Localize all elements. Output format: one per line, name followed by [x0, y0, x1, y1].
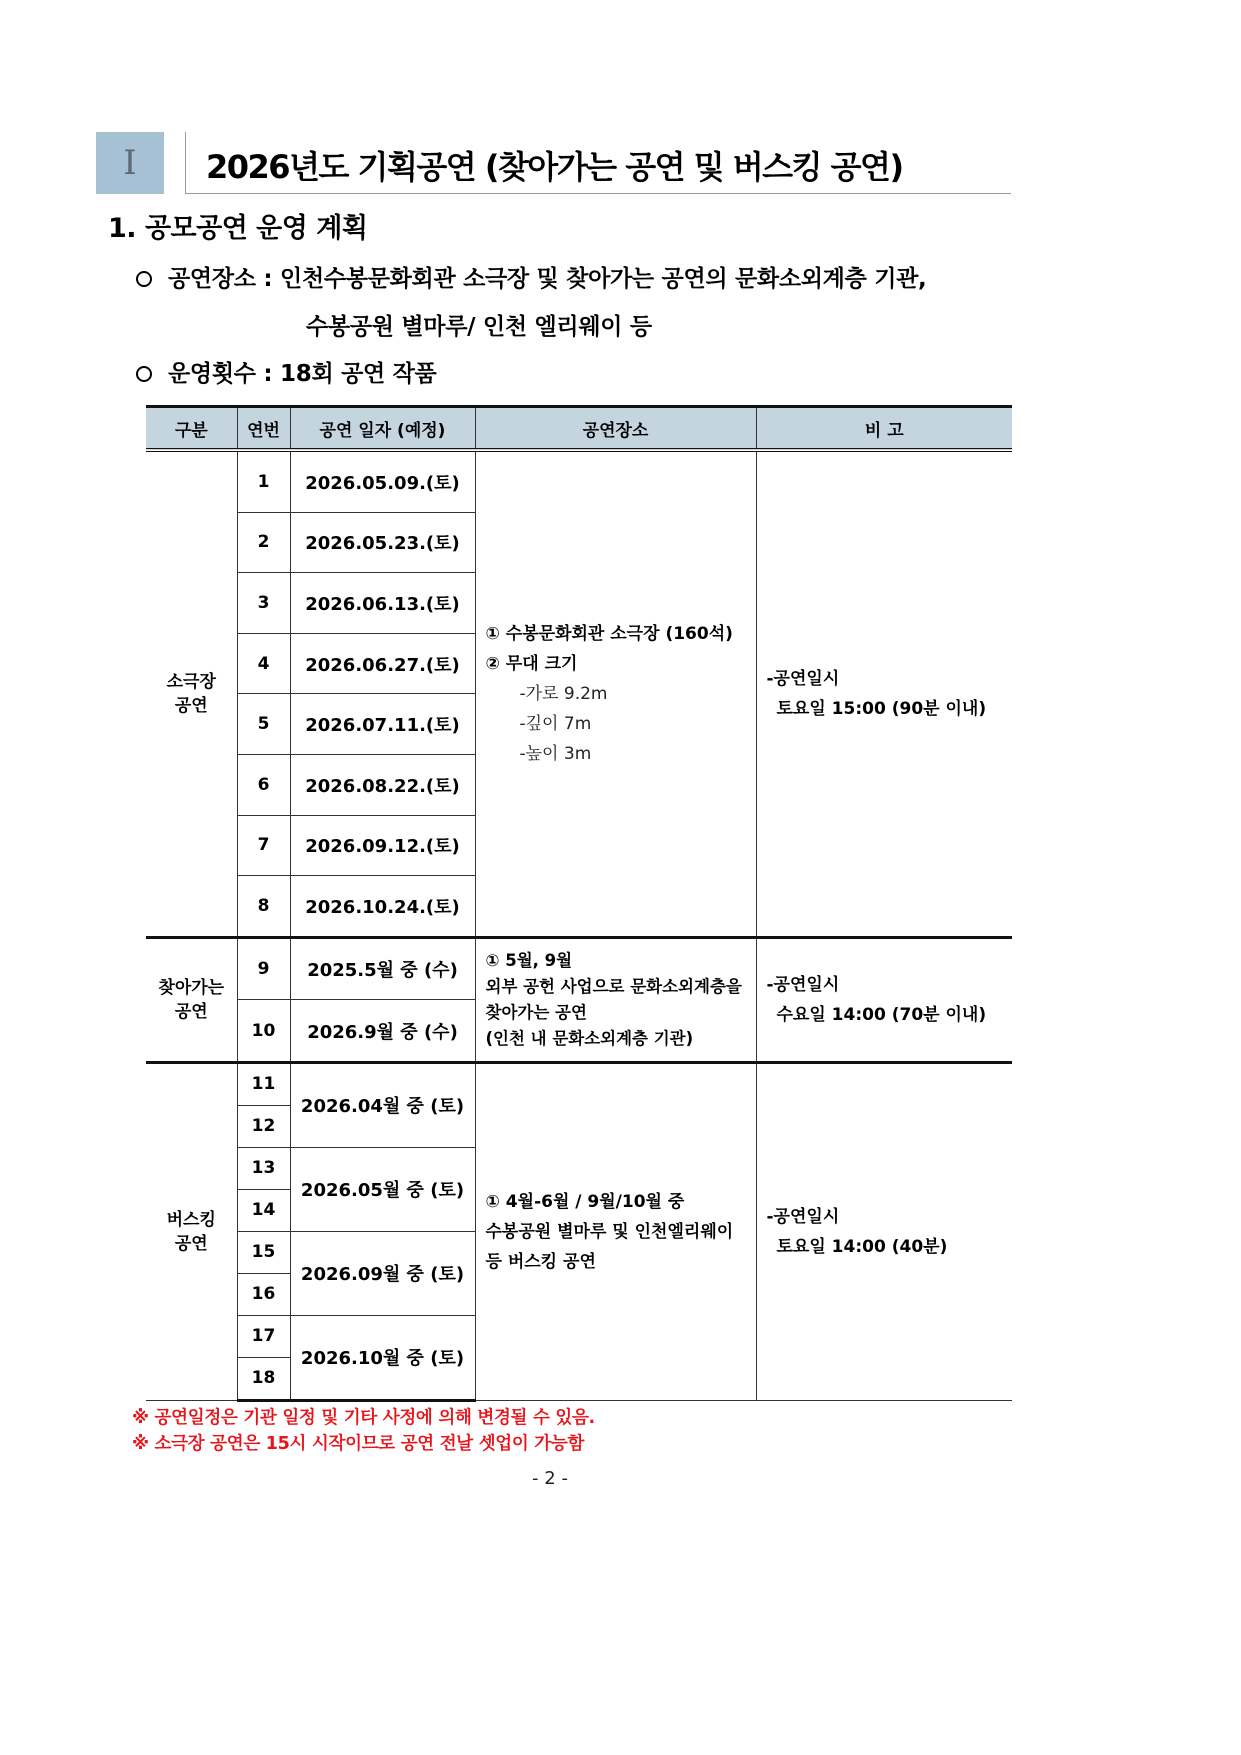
row-date: 2026.10월 중 (토) [290, 1315, 475, 1400]
venue-cell: ① 5월, 9월 외부 공헌 사업으로 문화소외계층을 찾아가는 공연 (인천 … [475, 937, 756, 1062]
row-number: 9 [237, 937, 290, 1000]
row-date: 2026.05.23.(토) [290, 512, 475, 573]
category-line: 공연 [146, 1232, 237, 1256]
row-number: 11 [237, 1062, 290, 1105]
row-number: 6 [237, 754, 290, 815]
table-row: 소극장 공연 1 2026.05.09.(토) ① 수봉문화회관 소극장 (16… [146, 450, 1012, 512]
schedule-table: 구분 연번 공연 일자 (예정) 공연장소 비 고 소극장 공연 1 2026.… [146, 405, 1012, 1402]
sub-heading: 1. 공모공연 운영 계획 [108, 206, 367, 245]
header-category: 구분 [146, 407, 237, 451]
venue-cell: ① 수봉문화회관 소극장 (160석) ② 무대 크기 -가로 9.2m -깊이… [475, 450, 756, 937]
circle-bullet-icon [136, 366, 152, 382]
row-date: 2026.05.09.(토) [290, 450, 475, 512]
bullet-venue-continuation: 수봉공원 별마루/ 인천 엘리웨이 등 [306, 308, 652, 341]
table-row: 찾아가는 공연 9 2025.5월 중 (수) ① 5월, 9월 외부 공헌 사… [146, 937, 1012, 1000]
note-line: 수요일 14:00 (70분 이내) [767, 1000, 1013, 1030]
venue-line: -높이 3m [486, 739, 756, 769]
bullet-label: 운영횟수 [168, 361, 256, 387]
bullet-separator: : [263, 361, 272, 387]
row-date: 2025.5월 중 (수) [290, 937, 475, 1000]
note-cell: -공연일시 토요일 15:00 (90분 이내) [756, 450, 1012, 937]
venue-line: ① 수봉문화회관 소극장 (160석) [486, 619, 756, 649]
header-no: 연번 [237, 407, 290, 451]
venue-line: 찾아가는 공연 [486, 1000, 756, 1026]
row-date: 2026.08.22.(토) [290, 754, 475, 815]
header-note: 비 고 [756, 407, 1012, 451]
circle-bullet-icon [136, 271, 152, 287]
category-line: 찾아가는 [146, 976, 237, 1000]
row-number: 4 [237, 633, 290, 694]
category-cell: 찾아가는 공연 [146, 937, 237, 1062]
venue-line: -가로 9.2m [486, 679, 756, 709]
section-numeral: Ⅰ [123, 143, 136, 183]
category-line: 공연 [146, 1000, 237, 1024]
row-date: 2026.09월 중 (토) [290, 1231, 475, 1315]
row-number: 10 [237, 1000, 290, 1063]
header-date: 공연 일자 (예정) [290, 407, 475, 451]
row-date: 2026.05월 중 (토) [290, 1147, 475, 1231]
footnote-setup: ※ 소극장 공연은 15시 시작이므로 공연 전날 셋업이 가능함 [132, 1431, 595, 1457]
bullet-text: 인천수봉문화회관 소극장 및 찾아가는 공연의 문화소외계층 기관, [280, 266, 926, 292]
note-line: 토요일 14:00 (40분) [767, 1232, 1013, 1262]
row-number: 16 [237, 1273, 290, 1315]
section-number-box: Ⅰ [96, 132, 164, 194]
category-line: 버스킹 [146, 1208, 237, 1232]
page-title: 2026년도 기획공연 (찾아가는 공연 및 버스킹 공연) [206, 142, 903, 188]
note-cell: -공연일시 수요일 14:00 (70분 이내) [756, 937, 1012, 1062]
bullet-separator: : [263, 266, 272, 292]
header-venue: 공연장소 [475, 407, 756, 451]
page-number: - 2 - [0, 1468, 1100, 1489]
venue-line: ① 5월, 9월 [486, 948, 756, 974]
row-date: 2026.06.27.(토) [290, 633, 475, 694]
row-number: 15 [237, 1231, 290, 1273]
category-cell: 버스킹 공연 [146, 1062, 237, 1400]
row-number: 5 [237, 694, 290, 755]
row-date: 2026.09.12.(토) [290, 815, 475, 876]
row-number: 12 [237, 1105, 290, 1147]
venue-line: ① 4월-6월 / 9월/10월 중 [486, 1187, 756, 1217]
venue-line: -깊이 7m [486, 709, 756, 739]
note-line: -공연일시 [767, 664, 1013, 694]
row-number: 3 [237, 573, 290, 634]
venue-line: (인천 내 문화소외계층 기관) [486, 1026, 756, 1052]
row-number: 17 [237, 1315, 290, 1357]
row-number: 8 [237, 876, 290, 938]
row-date: 2026.04월 중 (토) [290, 1062, 475, 1147]
bullet-label: 공연장소 [168, 266, 256, 292]
note-line: 토요일 15:00 (90분 이내) [767, 694, 1013, 724]
row-date: 2026.06.13.(토) [290, 573, 475, 634]
note-cell: -공연일시 토요일 14:00 (40분) [756, 1062, 1012, 1400]
bullet-count: 운영횟수 : 18회 공연 작품 [136, 355, 436, 388]
venue-line: ② 무대 크기 [486, 649, 756, 679]
title-frame: 2026년도 기획공연 (찾아가는 공연 및 버스킹 공연) [185, 132, 1011, 194]
table-row: 버스킹 공연 11 2026.04월 중 (토) ① 4월-6월 / 9월/10… [146, 1062, 1012, 1105]
note-line: -공연일시 [767, 1202, 1013, 1232]
category-cell: 소극장 공연 [146, 450, 237, 937]
row-number: 14 [237, 1189, 290, 1231]
venue-line: 등 버스킹 공연 [486, 1247, 756, 1277]
bullet-text: 18회 공연 작품 [280, 361, 436, 387]
table-header-row: 구분 연번 공연 일자 (예정) 공연장소 비 고 [146, 407, 1012, 451]
footnote-schedule-change: ※ 공연일정은 기관 일정 및 기타 사정에 의해 변경될 수 있음. [132, 1405, 595, 1431]
category-line: 소극장 [146, 670, 237, 694]
venue-line: 수봉공원 별마루 및 인천엘리웨이 [486, 1217, 756, 1247]
row-number: 13 [237, 1147, 290, 1189]
footnotes: ※ 공연일정은 기관 일정 및 기타 사정에 의해 변경될 수 있음. ※ 소극… [132, 1405, 595, 1457]
row-date: 2026.07.11.(토) [290, 694, 475, 755]
row-number: 1 [237, 450, 290, 512]
row-date: 2026.9월 중 (수) [290, 1000, 475, 1063]
category-line: 공연 [146, 694, 237, 718]
bullet-venue: 공연장소 : 인천수봉문화회관 소극장 및 찾아가는 공연의 문화소외계층 기관… [136, 260, 927, 293]
row-number: 18 [237, 1357, 290, 1400]
note-line: -공연일시 [767, 970, 1013, 1000]
row-date: 2026.10.24.(토) [290, 876, 475, 938]
row-number: 7 [237, 815, 290, 876]
venue-line: 외부 공헌 사업으로 문화소외계층을 [486, 974, 756, 1000]
venue-cell: ① 4월-6월 / 9월/10월 중 수봉공원 별마루 및 인천엘리웨이 등 버… [475, 1062, 756, 1400]
row-number: 2 [237, 512, 290, 573]
